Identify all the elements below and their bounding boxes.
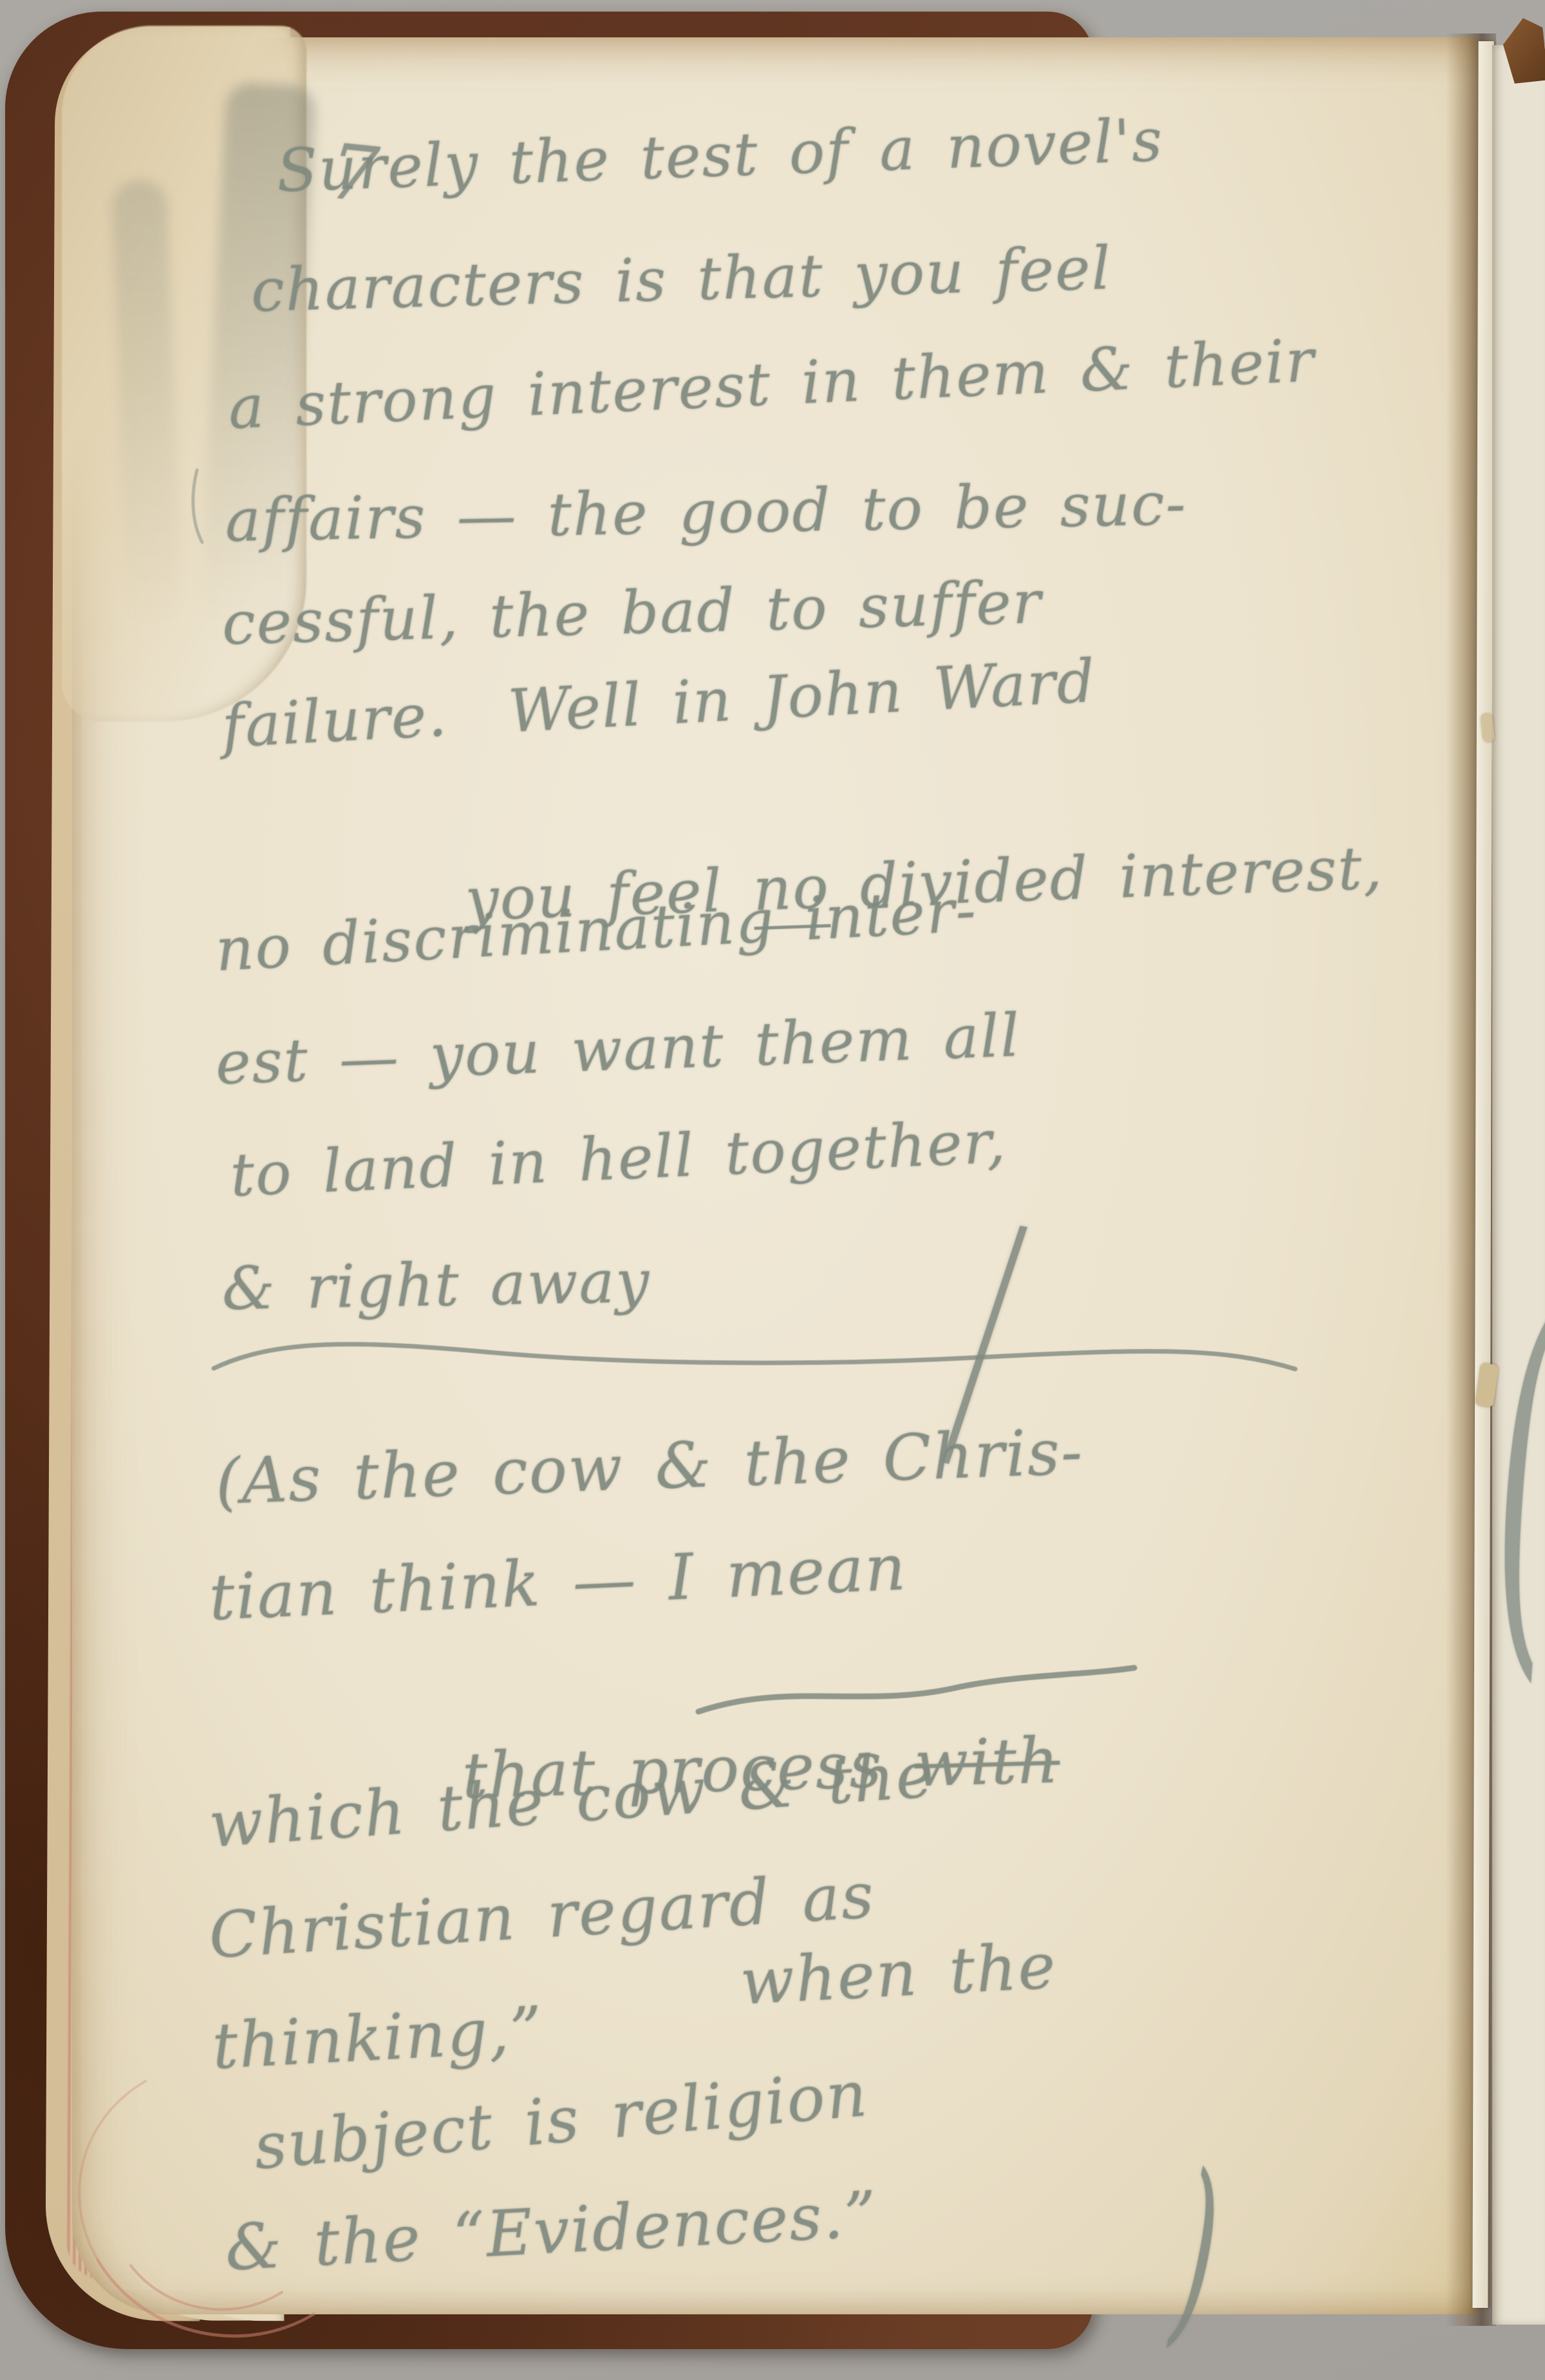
handwriting-line: Surely the test of a novel's	[276, 106, 1165, 205]
notebook-photo: 7 Surely the test of a novel's character…	[0, 0, 1545, 2380]
closing-paren-flourish: )	[1166, 2131, 1228, 2370]
handwriting-line: thinking,”	[211, 1993, 545, 2084]
facing-page-pencil-bracket: (	[1495, 1233, 1545, 1717]
struck-word: with	[913, 1724, 1061, 1801]
pencil-separator-line	[214, 1344, 1295, 1369]
handwriting-line: when the	[738, 1929, 1058, 2019]
handwriting-line: affairs — the good to be suc-	[225, 469, 1188, 555]
handwriting-line: to land in hell together,	[229, 1107, 1008, 1210]
handwriting-line: characters is that you feel	[250, 234, 1113, 325]
handwriting-line: failure. Well in John Ward	[220, 647, 1098, 761]
handwriting-line: tian think — I mean	[208, 1531, 908, 1635]
handwriting-line: & the “Evidences.”	[223, 2178, 879, 2285]
handwriting-line: cessful, the bad to suffer	[221, 568, 1043, 658]
handwriting-line: est — you want them all	[214, 1001, 1022, 1098]
margin-tick	[193, 470, 202, 542]
handwriting-line: a strong interest in them & their	[227, 326, 1316, 442]
handwriting-line: & right away	[221, 1247, 651, 1323]
handwriting-layer: 7 Surely the test of a novel's character…	[0, 0, 1545, 2380]
